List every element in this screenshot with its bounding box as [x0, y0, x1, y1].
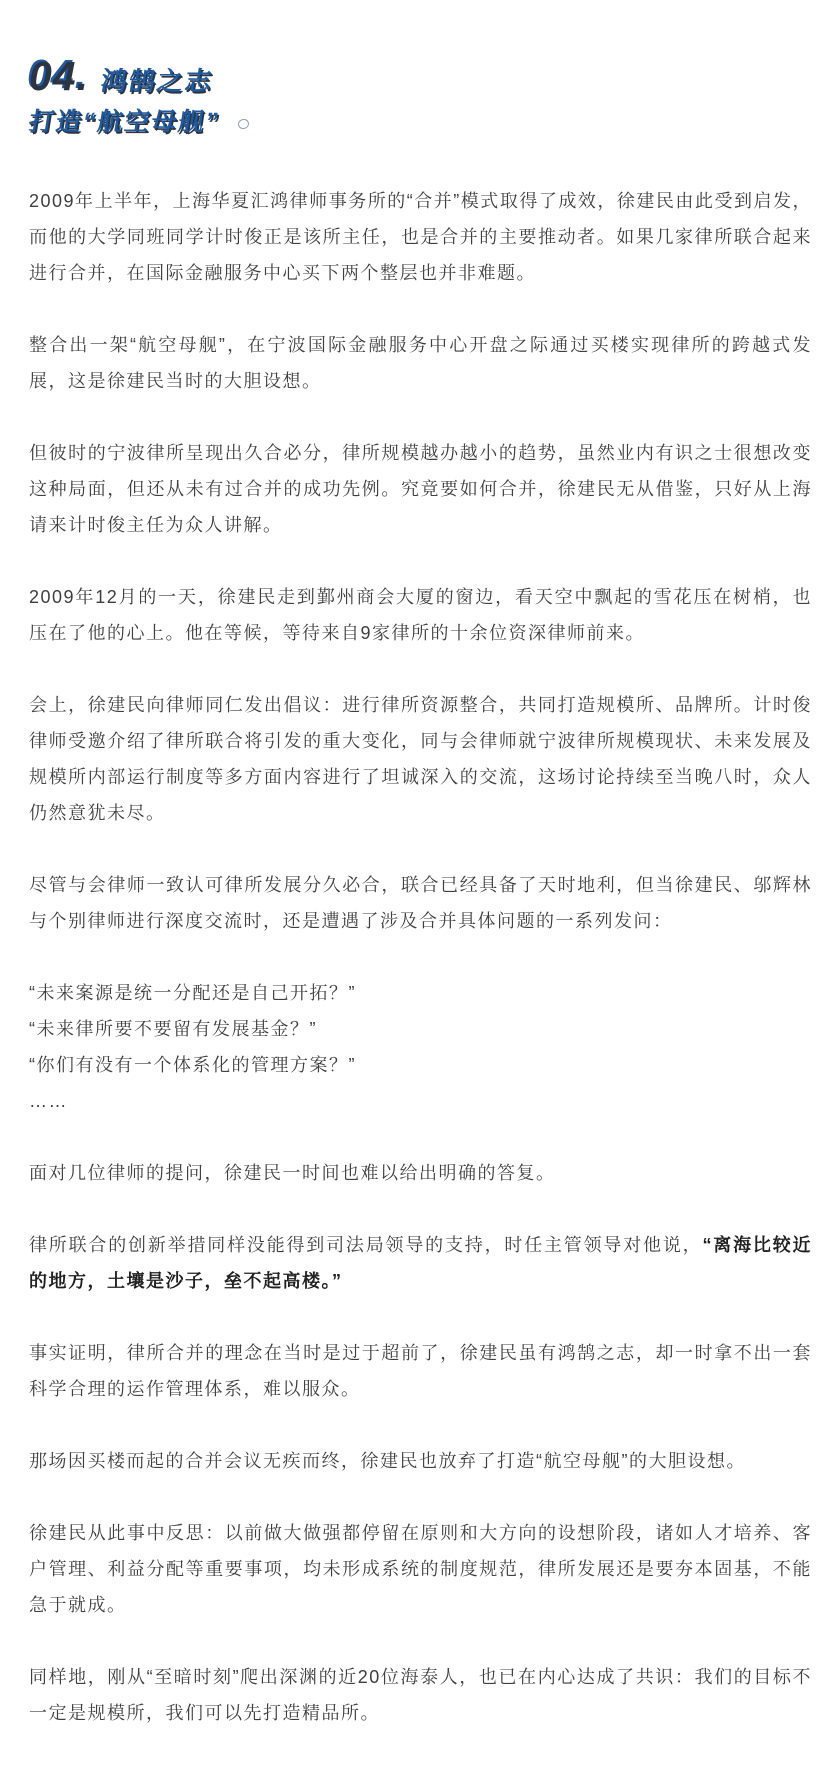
paragraph-text: 面对几位律师的提问，徐建民一时间也难以给出明确的答复。 — [29, 1163, 556, 1183]
paragraph-text: 整合出一架“航空母舰”，在宁波国际金融服务中心开盘之际通过买楼实现律所的跨越式发… — [29, 335, 812, 391]
circle-ornament-icon — [237, 118, 251, 131]
section-header: 04.鸿鹄之志 打造“航空母舰” — [29, 56, 812, 137]
quote-line: …… — [29, 1083, 812, 1119]
section-heading-line1: 04.鸿鹄之志 — [29, 56, 812, 97]
article-paragraph: 律所联合的创新举措同样没能得到司法局领导的支持，时任主管领导对他说，“离海比较近… — [29, 1227, 812, 1299]
article-paragraph: 那场因买楼而起的合并会议无疾而终，徐建民也放弃了打造“航空母舰”的大胆设想。 — [29, 1443, 812, 1479]
paragraph-text: 但彼时的宁波律所呈现出久合必分，律所规模越办越小的趋势，虽然业内有识之士很想改变… — [29, 443, 812, 535]
article-paragraph: 事实证明，律所合并的理念在当时是过于超前了，徐建民虽有鸿鹄之志，却一时拿不出一套… — [29, 1335, 812, 1407]
paragraph-text: 那场因买楼而起的合并会议无疾而终，徐建民也放弃了打造“航空母舰”的大胆设想。 — [29, 1451, 746, 1471]
quote-line: “未来律所要不要留有发展基金？” — [29, 1011, 812, 1047]
article-paragraph: 同样地，刚从“至暗时刻”爬出深渊的近20位海泰人，也已在内心达成了共识：我们的目… — [29, 1659, 812, 1731]
article-paragraph: 2009年12月的一天，徐建民走到鄞州商会大厦的窗边，看天空中飘起的雪花压在树梢… — [29, 579, 812, 651]
section-heading-line2: 打造“航空母舰” — [29, 107, 812, 137]
paragraph-text: 2009年12月的一天，徐建民走到鄞州商会大厦的窗边，看天空中飘起的雪花压在树梢… — [29, 587, 812, 643]
section-number: 04. — [29, 56, 89, 97]
article-page: 04.鸿鹄之志 打造“航空母舰” 2009年上半年，上海华夏汇鸿律师事务所的“合… — [0, 0, 840, 1771]
article-paragraph: 会上，徐建民向律师同仁发出倡议：进行律所资源整合，共同打造规模所、品牌所。计时俊… — [29, 687, 812, 831]
paragraph-text: 徐建民从此事中反思：以前做大做强都停留在原则和大方向的设想阶段，诸如人才培养、客… — [29, 1523, 812, 1615]
section-subtitle: 打造“航空母舰” — [27, 107, 223, 137]
paragraph-text: 会上，徐建民向律师同仁发出倡议：进行律所资源整合，共同打造规模所、品牌所。计时俊… — [29, 695, 812, 823]
quote-line: “未来案源是统一分配还是自己开拓？” — [29, 975, 812, 1011]
paragraph-text: 律所联合的创新举措同样没能得到司法局领导的支持，时任主管领导对他说， — [29, 1235, 702, 1255]
article-paragraph: 尽管与会律师一致认可律所发展分久必合，联合已经具备了天时地利，但当徐建民、邬辉林… — [29, 867, 812, 939]
paragraph-text: 同样地，刚从“至暗时刻”爬出深渊的近20位海泰人，也已在内心达成了共识：我们的目… — [29, 1667, 812, 1723]
article-paragraph: 2009年上半年，上海华夏汇鸿律师事务所的“合并”模式取得了成效，徐建民由此受到… — [29, 183, 812, 291]
quote-line: “你们有没有一个体系化的管理方案？” — [29, 1047, 812, 1083]
quote-block: “未来案源是统一分配还是自己开拓？”“未来律所要不要留有发展基金？”“你们有没有… — [29, 975, 812, 1119]
article-paragraph: 但彼时的宁波律所呈现出久合必分，律所规模越办越小的趋势，虽然业内有识之士很想改变… — [29, 435, 812, 543]
article-body: 2009年上半年，上海华夏汇鸿律师事务所的“合并”模式取得了成效，徐建民由此受到… — [29, 183, 812, 1731]
paragraph-text: 尽管与会律师一致认可律所发展分久必合，联合已经具备了天时地利，但当徐建民、邬辉林… — [29, 875, 812, 931]
article-paragraph: 整合出一架“航空母舰”，在宁波国际金融服务中心开盘之际通过买楼实现律所的跨越式发… — [29, 327, 812, 399]
paragraph-text: 事实证明，律所合并的理念在当时是过于超前了，徐建民虽有鸿鹄之志，却一时拿不出一套… — [29, 1343, 812, 1399]
article-paragraph: 面对几位律师的提问，徐建民一时间也难以给出明确的答复。 — [29, 1155, 812, 1191]
paragraph-text: 2009年上半年，上海华夏汇鸿律师事务所的“合并”模式取得了成效，徐建民由此受到… — [29, 191, 812, 283]
article-paragraph: 徐建民从此事中反思：以前做大做强都停留在原则和大方向的设想阶段，诸如人才培养、客… — [29, 1515, 812, 1623]
section-title: 鸿鹄之志 — [99, 68, 215, 94]
